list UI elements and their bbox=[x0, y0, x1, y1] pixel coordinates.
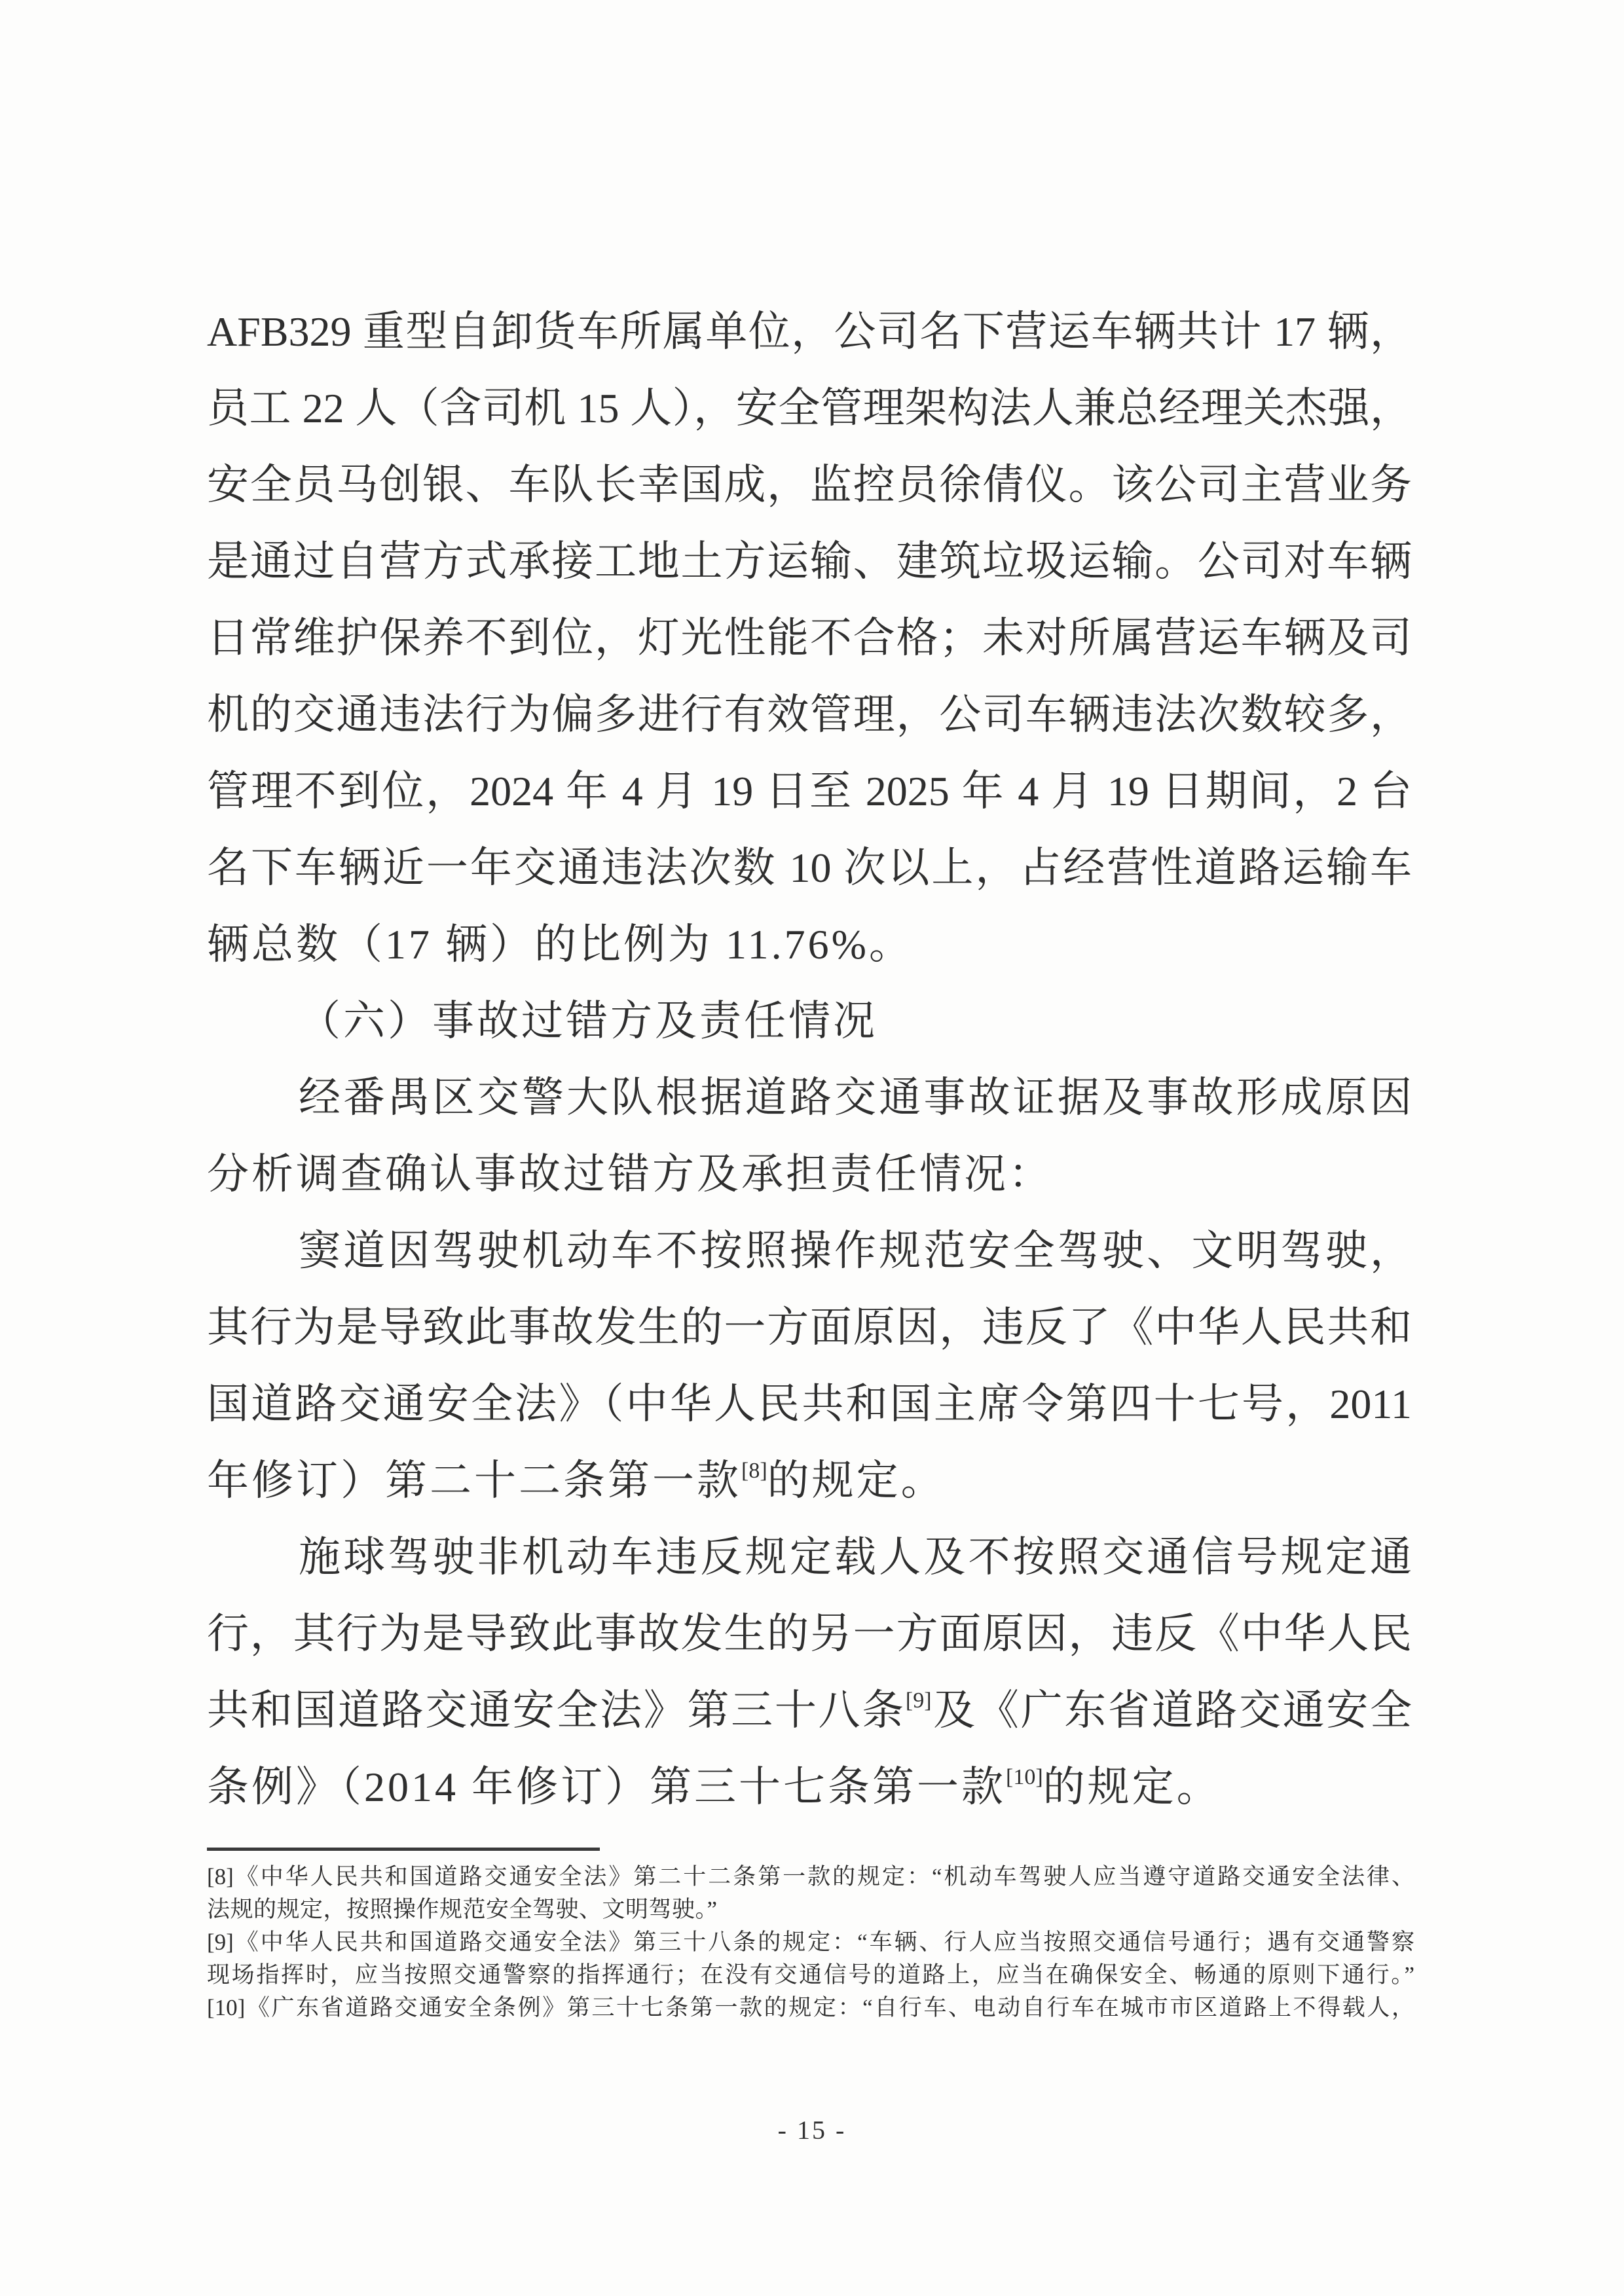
body-line: 共和国道路交通安全法》第三十八条[9]及《广东省道路交通安全 bbox=[207, 1672, 1412, 1749]
body-line: 年修订）第二十二条第一款[8]的规定。 bbox=[207, 1442, 1412, 1519]
footnote-line: [8]《中华人民共和国道路交通安全法》第二十二条第一款的规定：“机动车驾驶人应当… bbox=[207, 1861, 1414, 1893]
body-line-text: 及《广东省道路交通安全 bbox=[932, 1687, 1412, 1734]
body-line-text: 的规定。 bbox=[767, 1457, 946, 1504]
document-page: AFB329 重型自卸货车所属单位，公司名下营运车辆共计 17 辆， 员工 22… bbox=[0, 0, 1624, 2296]
body-line: 名下车辆近一年交通违法次数 10 次以上，占经营性道路运输车 bbox=[207, 829, 1412, 906]
footnotes: [8]《中华人民共和国道路交通安全法》第二十二条第一款的规定：“机动车驾驶人应当… bbox=[207, 1861, 1414, 2024]
footnote-ref-9: [9] bbox=[906, 1688, 932, 1713]
page-number: - 15 - bbox=[0, 2115, 1624, 2145]
section-heading: （六）事故过错方及责任情况 bbox=[207, 983, 1412, 1059]
body-line: 日常维护保养不到位，灯光性能不合格；未对所属营运车辆及司 bbox=[207, 600, 1412, 676]
body-line-text: 条例》（2014 年修订）第三十七条第一款 bbox=[207, 1764, 1006, 1810]
body-line: 分析调查确认事故过错方及承担责任情况： bbox=[207, 1136, 1412, 1212]
body-line: 经番禺区交警大队根据道路交通事故证据及事故形成原因 bbox=[207, 1059, 1412, 1136]
body-line: 行，其行为是导致此事故发生的另一方面原因，违反《中华人民 bbox=[207, 1595, 1412, 1672]
body-line: 国道路交通安全法》（中华人民共和国主席令第四十七号，2011 bbox=[207, 1366, 1412, 1442]
document-body: AFB329 重型自卸货车所属单位，公司名下营运车辆共计 17 辆， 员工 22… bbox=[207, 293, 1412, 1825]
body-line: 管理不到位，2024 年 4 月 19 日至 2025 年 4 月 19 日期间… bbox=[207, 753, 1412, 829]
body-line: AFB329 重型自卸货车所属单位，公司名下营运车辆共计 17 辆， bbox=[207, 293, 1412, 370]
footnote-line: [10]《广东省道路交通安全条例》第三十七条第一款的规定：“自行车、电动自行车在… bbox=[207, 1992, 1414, 2024]
body-line-text: 共和国道路交通安全法》第三十八条 bbox=[207, 1687, 906, 1734]
footnote-line: [9]《中华人民共和国道路交通安全法》第三十八条的规定：“车辆、行人应当按照交通… bbox=[207, 1926, 1414, 1959]
body-line: 机的交通违法行为偏多进行有效管理，公司车辆违法次数较多， bbox=[207, 676, 1412, 753]
body-line: 员工 22 人（含司机 15 人），安全管理架构法人兼总经理关杰强， bbox=[207, 370, 1412, 446]
body-line-text: 年修订）第二十二条第一款 bbox=[207, 1457, 741, 1504]
footnote-ref-10: [10] bbox=[1006, 1765, 1043, 1789]
body-line: 施球驾驶非机动车违反规定载人及不按照交通信号规定通 bbox=[207, 1519, 1412, 1595]
footnote-ref-8: [8] bbox=[741, 1459, 767, 1483]
body-line: 条例》（2014 年修订）第三十七条第一款[10]的规定。 bbox=[207, 1749, 1412, 1825]
body-line: 是通过自营方式承接工地土方运输、建筑垃圾运输。公司对车辆 bbox=[207, 523, 1412, 600]
footnote-line: 法规的规定，按照操作规范安全驾驶、文明驾驶。” bbox=[207, 1893, 1414, 1926]
footnote-line: 现场指挥时，应当按照交通警察的指挥通行；在没有交通信号的道路上，应当在确保安全、… bbox=[207, 1959, 1414, 1992]
body-line: 窦道因驾驶机动车不按照操作规范安全驾驶、文明驾驶， bbox=[207, 1212, 1412, 1289]
footnote-separator bbox=[207, 1848, 600, 1851]
body-line: 辆总数（17 辆）的比例为 11.76%。 bbox=[207, 906, 1412, 983]
body-line: 安全员马创银、车队长幸国成，监控员徐倩仪。该公司主营业务 bbox=[207, 446, 1412, 523]
body-line-text: 的规定。 bbox=[1043, 1764, 1221, 1810]
body-line: 其行为是导致此事故发生的一方面原因，违反了《中华人民共和 bbox=[207, 1289, 1412, 1366]
